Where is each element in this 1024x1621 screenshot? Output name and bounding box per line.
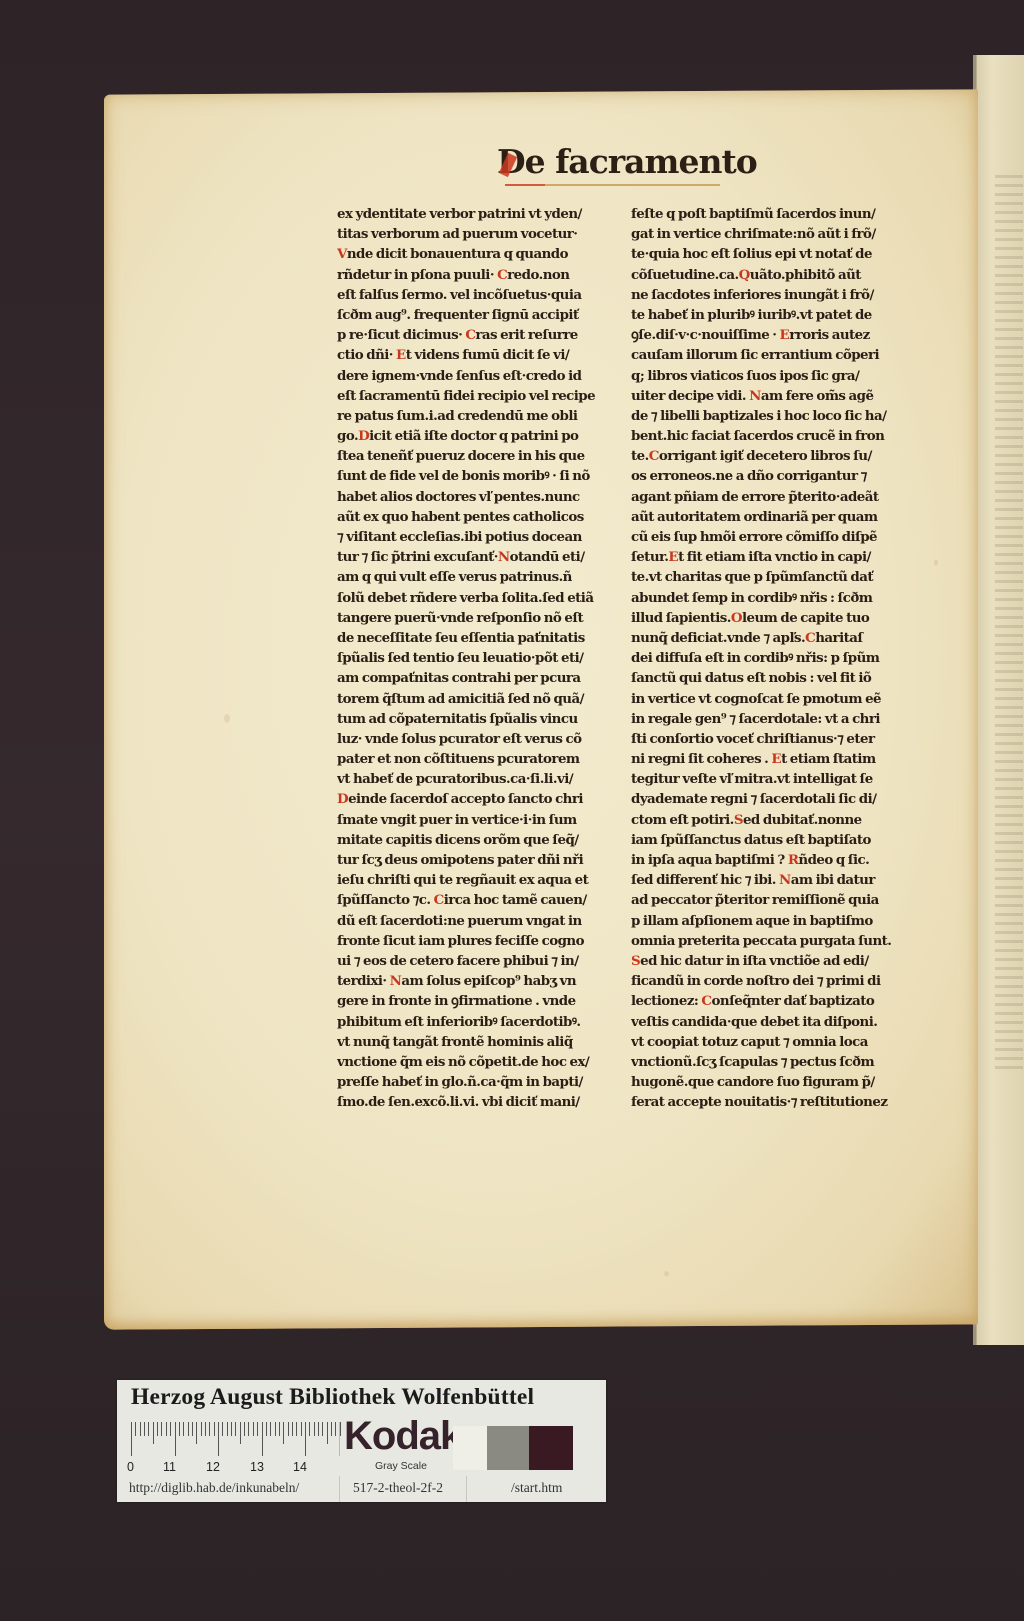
line-text: dei diffuſa eſt in cordibꝰ nřis: p ſpũm	[631, 650, 879, 666]
ruler-tick	[175, 1422, 176, 1456]
text-line: cũ eis ſup hmõi errore cõmiſſo diſpẽ	[631, 527, 913, 547]
line-text: am ibi datur	[791, 872, 875, 888]
ruler-tick	[148, 1422, 149, 1436]
rubricated-initial: C	[465, 327, 475, 343]
line-text: redo.non	[507, 267, 569, 283]
text-line: te·quia hoc eſt ſolius epi vt notať de	[631, 244, 913, 264]
line-text: agant pñiam de errore p̃terito·adeãt	[631, 489, 879, 505]
text-line: phibitum eſt inferioribꝰ ſacerdotibꝰ.	[337, 1012, 619, 1032]
line-text: uiter decipe vidi.	[631, 388, 749, 404]
gray-swatch-dark	[529, 1426, 573, 1470]
text-line: ſpũalis ſed tentio ſeu leuatio·põt eti/	[337, 648, 619, 668]
digital-library-url: http://diglib.hab.de/inkunabeln/	[129, 1480, 299, 1496]
line-text: leum de capite tuo	[742, 610, 869, 626]
text-line: ſcðm aug⁹. frequenter ſignū accipiť	[337, 305, 619, 325]
ruler-tick	[157, 1422, 158, 1436]
ruler-tick	[209, 1422, 210, 1436]
ruler-tick	[292, 1422, 293, 1436]
text-line: ſed differenť hic ⁊ ibi. Nam ibi datur	[631, 870, 913, 890]
line-text: dũ eſt ſacerdoti:ne puerum vngat in	[337, 913, 582, 929]
rubricated-initial: R	[788, 852, 799, 868]
line-text: t videns fumū dicit ſe vi/	[406, 347, 570, 363]
text-line: ſpũſſancto ⁊c. Circa hoc tamẽ cauen/	[337, 890, 619, 910]
line-text: cauſam illorum ſic errantium cõperi	[631, 347, 879, 363]
text-line: ſunt de fide vel de bonis moribꝰ · ſi nõ	[337, 466, 619, 486]
text-line: hugonẽ.que candore ſuo figuram p̃/	[631, 1072, 913, 1092]
ruler-tick	[314, 1422, 315, 1436]
line-text: pater et non cõſtituens pcuratorem	[337, 751, 580, 767]
line-text: titas verborum ad puerum vocetur·	[337, 226, 577, 242]
line-text: ñdeo q ſic.	[798, 852, 869, 868]
line-text: onſeq̃nter dať baptizato	[712, 993, 875, 1009]
rubricated-initial: C	[434, 892, 444, 908]
rubricated-initial: D	[337, 791, 348, 807]
rubricated-initial: C	[701, 993, 711, 1009]
ruler-tick	[335, 1422, 336, 1436]
line-text: aũt ex quo habent pentes catholicos	[337, 509, 584, 525]
ruler-tick	[179, 1422, 180, 1436]
line-text: tur ſcʒ deus omipotens pater dñi nři	[337, 852, 583, 868]
ruler-tick	[275, 1422, 276, 1436]
text-line: feſte q poſt baptiſmũ ſacerdos inun/	[631, 204, 913, 224]
text-line: ad peccator p̃teritor remiſſionẽ quia	[631, 890, 913, 910]
text-line: habet alios doctores vľ pentes.nunc	[337, 487, 619, 507]
ruler-label: 12	[206, 1460, 220, 1474]
text-line: vnctionũ.ſcʒ ſcapulas ⁊ pectus ſcðm	[631, 1052, 913, 1072]
line-text: ⁊ viſitant eccleſias.ibi potius docean	[337, 529, 582, 545]
ruler-tick	[240, 1422, 241, 1444]
line-text: luz· vnde ſolus pcurator eſt verus cõ	[337, 731, 582, 747]
ruler-tick	[327, 1422, 328, 1444]
rubricated-initial: S	[631, 953, 640, 969]
line-text: uãto.phibitõ aũt	[750, 267, 861, 283]
ruler-tick	[296, 1422, 297, 1436]
text-line: tangere puerũ·vnde reſponſio nõ eſt	[337, 608, 619, 628]
ruler-tick	[192, 1422, 193, 1436]
rubricated-initial: N	[498, 549, 510, 565]
line-text: ad peccator p̃teritor remiſſionẽ quia	[631, 892, 879, 908]
line-text: ſcðm aug⁹. frequenter ſignū accipiť	[337, 307, 579, 323]
line-text: in vertice vt cognoſcat ſe pmotum eẽ	[631, 691, 881, 707]
text-line: am compaťnitas contrahi per pcura	[337, 668, 619, 688]
line-text: ſetur.	[631, 549, 668, 565]
text-line: ſtea teneñť pueruz docere in his que	[337, 446, 619, 466]
text-line: iam ſpũſſanctus datus eſt baptiſato	[631, 830, 913, 850]
text-line: ⁊ viſitant eccleſias.ibi potius docean	[337, 527, 619, 547]
text-line: Sed hic datur in iſta vnctiõe ad edi/	[631, 951, 913, 971]
rubricated-initial: E	[396, 347, 406, 363]
text-line: ctom eſt potiri.Sed dubitať.nonne	[631, 810, 913, 830]
text-line: illud ſapientis.Oleum de capite tuo	[631, 608, 913, 628]
line-text: ficandũ in corde noſtro dei ⁊ primi di	[631, 973, 881, 989]
text-line: os erroneos.ne a dño corrigantur ⁊	[631, 466, 913, 486]
text-line: eſt falſus ſermo. vel incõſuetus·quia	[337, 285, 619, 305]
line-text: rñdetur in pſona puuli·	[337, 267, 497, 283]
rubricated-initial: C	[805, 630, 815, 646]
card-divider	[466, 1476, 467, 1502]
line-text: am compaťnitas contrahi per pcura	[337, 670, 581, 686]
text-line: ferat accepte nouitatis·⁊ reſtitutionez	[631, 1092, 913, 1112]
rubricated-initial: D	[497, 142, 525, 181]
line-text: te.	[631, 448, 649, 464]
line-text: ſmate vngit puer in vertice·i·in ſum	[337, 812, 577, 828]
text-line: Vnde dicit bonauentura q quando	[337, 244, 619, 264]
line-text: phibitum eſt inferioribꝰ ſacerdotibꝰ.	[337, 1014, 581, 1030]
rubric-underline	[505, 184, 720, 186]
kodak-logo: Kodak	[344, 1416, 461, 1456]
line-text: vt coopiat totuz caput ⁊ omnia loca	[631, 1034, 868, 1050]
line-text: ctom eſt potiri.	[631, 812, 734, 828]
rubricated-initial: O	[731, 610, 742, 626]
line-text: te habeť in pluribꝰ iuribꝰ.vt patet de	[631, 307, 872, 323]
ruler-tick	[257, 1422, 258, 1436]
ruler-tick	[231, 1422, 232, 1436]
line-text: q; libros viaticos ſuos ipos ſic gra/	[631, 368, 859, 384]
gray-scale-label: Gray Scale	[375, 1460, 427, 1472]
measurement-ruler	[129, 1422, 340, 1456]
line-text: ſpũſſancto ⁊c.	[337, 892, 434, 908]
line-text: preſſe habeť in glo.ñ.ca·q̃m in bapti/	[337, 1074, 583, 1090]
library-reference-card: Herzog August Bibliothek Wolfenbüttel 0 …	[117, 1380, 606, 1502]
text-line: vnctione q̃m eis nõ cõpetit.de hoc ex/	[337, 1052, 619, 1072]
rubricated-initial: N	[779, 872, 791, 888]
line-text: fronte ſicut iam plures feciſſe cogno	[337, 933, 584, 949]
rubricated-initial: E	[668, 549, 678, 565]
line-text: de ⁊ libelli baptizales i hoc loco ſic h…	[631, 408, 886, 424]
line-text: de neceſſitate ſeu eſſentia paťnitatis	[337, 630, 585, 646]
line-text: te.vt charitas que p ſpũmſanctũ dať	[631, 569, 873, 585]
line-text: ſti conſortio voceť chriſtianus·⁊ eter	[631, 731, 874, 747]
ruler-tick	[161, 1422, 162, 1436]
text-line: veſtis candida·que debet ita diſponi.	[631, 1012, 913, 1032]
line-text: am fere om̃s agẽ	[761, 388, 874, 404]
text-line: ſmate vngit puer in vertice·i·in ſum	[337, 810, 619, 830]
line-text: omnia preterita peccata purgata ſunt.	[631, 933, 891, 949]
line-text: cõſuetudine.ca.	[631, 267, 739, 283]
line-text: ne ſacdotes inferiores inungãt i frõ/	[631, 287, 874, 303]
text-line: q; libros viaticos ſuos ipos ſic gra/	[631, 366, 913, 386]
ruler-tick	[218, 1422, 219, 1456]
ruler-tick	[262, 1422, 263, 1456]
ruler-tick	[140, 1422, 141, 1436]
text-line: gere in fronte in ꝯfirmatione . vnde	[337, 991, 619, 1011]
rubricated-initial: Q	[739, 267, 750, 283]
line-text: ſanctũ qui datus eſt nobis : vel fit iõ	[631, 670, 871, 686]
line-text: vt nunq̃ tangãt frontẽ hominis aliq̃	[337, 1034, 573, 1050]
text-column-left: ex ydentitate verbor patrini vt yden/tit…	[337, 204, 619, 1112]
text-line: abundet ſemp in cordibꝰ nřis : ſcðm	[631, 588, 913, 608]
line-text: ieſu chriſti qui te regñauit ex aqua et	[337, 872, 588, 888]
text-line: ni regni ſit coheres . Et etiam ſtatim	[631, 749, 913, 769]
foxing-spot	[664, 1271, 669, 1276]
text-line: ꝯſe.diſ·v·c·nouiſſime · Erroris autez	[631, 325, 913, 345]
text-line: cõſuetudine.ca.Quãto.phibitõ aũt	[631, 265, 913, 285]
line-text: te·quia hoc eſt ſolius epi vt notať de	[631, 246, 872, 262]
line-text: terdixi·	[337, 973, 390, 989]
line-text: ſolũ debet rñdere verba ſolita.ſed etiã	[337, 590, 593, 606]
running-head-text: e facramento	[525, 142, 757, 181]
line-text: illud ſapientis.	[631, 610, 731, 626]
shelfmark: 517-2-theol-2f-2	[353, 1480, 443, 1496]
text-line: p re·ſicut dicimus· Cras erit reſurre	[337, 325, 619, 345]
ruler-tick	[318, 1422, 319, 1436]
line-text: ni regni ſit coheres .	[631, 751, 771, 767]
text-line: lectionez: Conſeq̃nter dať baptizato	[631, 991, 913, 1011]
ruler-tick	[222, 1422, 223, 1436]
text-line: dyademate regni ⁊ ſacerdotali ſic di/	[631, 789, 913, 809]
line-text: nde dicit bonauentura q quando	[347, 246, 568, 262]
line-text: t fit etiam iſta vnctio in capi/	[678, 549, 871, 565]
ruler-tick	[144, 1422, 145, 1436]
text-line: ui ⁊ eos de cetero facere phibui ⁊ in/	[337, 951, 619, 971]
ruler-tick	[153, 1422, 154, 1444]
facing-page-edge	[975, 55, 1024, 1345]
text-line: luz· vnde ſolus pcurator eſt verus cõ	[337, 729, 619, 749]
text-line: ſti conſortio voceť chriſtianus·⁊ eter	[631, 729, 913, 749]
ruler-tick	[244, 1422, 245, 1436]
line-text: ſed differenť hic ⁊ ibi.	[631, 872, 779, 888]
line-text: lectionez:	[631, 993, 701, 1009]
ruler-tick	[166, 1422, 167, 1436]
line-text: feſte q poſt baptiſmũ ſacerdos inun/	[631, 206, 875, 222]
line-text: in regale gen⁹ ⁊ ſacerdotale: vt a chri	[631, 711, 880, 727]
line-text: dyademate regni ⁊ ſacerdotali ſic di/	[631, 791, 876, 807]
rubricated-initial: N	[749, 388, 761, 404]
gray-swatch-white	[453, 1426, 487, 1470]
ruler-tick	[205, 1422, 206, 1436]
line-text: vnctione q̃m eis nõ cõpetit.de hoc ex/	[337, 1054, 589, 1070]
ruler-label: 0	[127, 1460, 134, 1474]
text-line: ſmo.de ſen.excõ.li.vi. vbi diciť mani/	[337, 1092, 619, 1112]
gray-swatch-mid	[487, 1426, 529, 1470]
line-text: veſtis candida·que debet ita diſponi.	[631, 1014, 877, 1030]
line-text: eſt ſacramentū fidei recipio vel recipe	[337, 388, 595, 404]
text-line: tur ſcʒ deus omipotens pater dñi nři	[337, 850, 619, 870]
ruler-tick	[235, 1422, 236, 1436]
ruler-tick	[301, 1422, 302, 1436]
ruler-tick	[135, 1422, 136, 1436]
text-line: cauſam illorum ſic errantium cõperi	[631, 345, 913, 365]
line-text: hugonẽ.que candore ſuo figuram p̃/	[631, 1074, 875, 1090]
text-line: eſt ſacramentū fidei recipio vel recipe	[337, 386, 619, 406]
ruler-tick	[196, 1422, 197, 1444]
ruler-tick	[214, 1422, 215, 1436]
text-line: ſolũ debet rñdere verba ſolita.ſed etiã	[337, 588, 619, 608]
ruler-tick	[227, 1422, 228, 1436]
ruler-tick	[340, 1422, 341, 1436]
foxing-spot	[224, 714, 230, 723]
line-text: tur ⁊ ſic p̃trini excuſanť·	[337, 549, 498, 565]
text-line: bent.hic faciat ſacerdos crucẽ in fron	[631, 426, 913, 446]
text-line: rñdetur in pſona puuli· Credo.non	[337, 265, 619, 285]
text-line: te.vt charitas que p ſpũmſanctũ dať	[631, 567, 913, 587]
rubricated-initial: D	[358, 428, 369, 444]
ruler-tick	[266, 1422, 267, 1436]
ruler-tick	[322, 1422, 323, 1436]
ruler-tick	[279, 1422, 280, 1436]
text-line: re patus ſum.i.ad credendū me obli	[337, 406, 619, 426]
ruler-tick	[331, 1422, 332, 1436]
text-line: ieſu chriſti qui te regñauit ex aqua et	[337, 870, 619, 890]
text-line: vt coopiat totuz caput ⁊ omnia loca	[631, 1032, 913, 1052]
ruler-tick	[305, 1422, 306, 1456]
text-line: in vertice vt cognoſcat ſe pmotum eẽ	[631, 689, 913, 709]
line-text: go.	[337, 428, 358, 444]
rubricated-initial: C	[649, 448, 659, 464]
ruler-tick	[270, 1422, 271, 1436]
line-text: p illam aſpſionem aque in baptiſmo	[631, 913, 873, 929]
line-text: os erroneos.ne a dño corrigantur ⁊	[631, 468, 867, 484]
text-line: tegitur veſte vľ mitra.vt intelligat ſe	[631, 769, 913, 789]
line-text: re patus ſum.i.ad credendū me obli	[337, 408, 577, 424]
line-text: ſunt de fide vel de bonis moribꝰ · ſi nõ	[337, 468, 590, 484]
line-text: iam ſpũſſanctus datus eſt baptiſato	[631, 832, 871, 848]
running-head: De facramento	[497, 138, 757, 186]
line-text: ras erit reſurre	[475, 327, 577, 343]
text-line: de ⁊ libelli baptizales i hoc loco ſic h…	[631, 406, 913, 426]
ruler-tick	[309, 1422, 310, 1436]
line-text: bent.hic faciat ſacerdos crucẽ in fron	[631, 428, 884, 444]
text-line: tur ⁊ ſic p̃trini excuſanť·Notandū eti/	[337, 547, 619, 567]
text-line: titas verborum ad puerum vocetur·	[337, 224, 619, 244]
ruler-tick	[131, 1422, 132, 1456]
line-text: tangere puerũ·vnde reſponſio nõ eſt	[337, 610, 583, 626]
line-text: ed hic datur in iſta vnctiõe ad edi/	[640, 953, 869, 969]
ruler-tick	[183, 1422, 184, 1436]
text-line: agant pñiam de errore p̃terito·adeãt	[631, 487, 913, 507]
line-text: nunq̃ deficiat.vnde ⁊ apľs.	[631, 630, 805, 646]
text-line: aũt ex quo habent pentes catholicos	[337, 507, 619, 527]
text-column-right: feſte q poſt baptiſmũ ſacerdos inun/gat …	[631, 204, 913, 1112]
text-line: mitate capitis dicens orõm que ſeq̃/	[337, 830, 619, 850]
line-text: ꝯſe.diſ·v·c·nouiſſime ·	[631, 327, 780, 343]
line-text: cũ eis ſup hmõi errore cõmiſſo diſpẽ	[631, 529, 877, 545]
text-line: ne ſacdotes inferiores inungãt i frõ/	[631, 285, 913, 305]
ruler-label: 14	[293, 1460, 307, 1474]
text-line: preſſe habeť in glo.ñ.ca·q̃m in bapti/	[337, 1072, 619, 1092]
line-text: haritaſ	[815, 630, 862, 646]
text-line: in regale gen⁹ ⁊ ſacerdotale: vt a chri	[631, 709, 913, 729]
text-line: dũ eſt ſacerdoti:ne puerum vngat in	[337, 911, 619, 931]
text-line: in ipſa aqua baptiſmi ? Rñdeo q ſic.	[631, 850, 913, 870]
text-line: dere ignem·vnde ſenſus eſt·credo id	[337, 366, 619, 386]
text-line: ſanctũ qui datus eſt nobis : vel fit iõ	[631, 668, 913, 688]
rubricated-initial: V	[337, 246, 347, 262]
ruler-tick	[201, 1422, 202, 1436]
text-line: nunq̃ deficiat.vnde ⁊ apľs.Charitaſ	[631, 628, 913, 648]
line-text: otandū eti/	[510, 549, 585, 565]
line-text: irca hoc tamẽ cauen/	[444, 892, 587, 908]
line-text: orrigant igiť decetero libros ſu/	[659, 448, 872, 464]
line-text: ſmo.de ſen.excõ.li.vi. vbi diciť mani/	[337, 1094, 580, 1110]
ruler-tick	[253, 1422, 254, 1436]
text-line: tum ad cõpaternitatis ſpũalis vincu	[337, 709, 619, 729]
text-line: dei diffuſa eſt in cordibꝰ nřis: p ſpũm	[631, 648, 913, 668]
text-line: go.Dicit etiã iſte doctor q patrini po	[337, 426, 619, 446]
text-line: ex ydentitate verbor patrini vt yden/	[337, 204, 619, 224]
text-line: uiter decipe vidi. Nam fere om̃s agẽ	[631, 386, 913, 406]
line-text: eſt falſus ſermo. vel incõſuetus·quia	[337, 287, 581, 303]
text-line: gat in vertice chriſmate:nõ aũt i frõ/	[631, 224, 913, 244]
text-line: ſetur.Et fit etiam iſta vnctio in capi/	[631, 547, 913, 567]
url-suffix: /start.htm	[511, 1480, 562, 1496]
line-text: habet alios doctores vľ pentes.nunc	[337, 489, 580, 505]
line-text: ed dubitať.nonne	[743, 812, 862, 828]
rubricated-initial: N	[390, 973, 402, 989]
text-line: vt habeť de pcuratoribus.ca·ſi.li.vi/	[337, 769, 619, 789]
ruler-tick	[170, 1422, 171, 1436]
line-text: mitate capitis dicens orõm que ſeq̃/	[337, 832, 579, 848]
ruler-tick	[188, 1422, 189, 1436]
line-text: ui ⁊ eos de cetero facere phibui ⁊ in/	[337, 953, 579, 969]
text-line: ctio dñi· Et videns fumū dicit ſe vi/	[337, 345, 619, 365]
line-text: t etiam ſtatim	[781, 751, 876, 767]
ruler-tick	[248, 1422, 249, 1436]
text-line: aũt autoritatem ordinariã per quam	[631, 507, 913, 527]
line-text: gat in vertice chriſmate:nõ aũt i frõ/	[631, 226, 876, 242]
line-text: am ſolus epiſcop⁹ habʒ vn	[401, 973, 576, 989]
foxing-spot	[934, 560, 938, 566]
ruler-label: 11	[163, 1460, 176, 1474]
ruler-tick	[283, 1422, 284, 1444]
rubricated-initial: E	[780, 327, 790, 343]
text-line: omnia preterita peccata purgata ſunt.	[631, 931, 913, 951]
line-text: in ipſa aqua baptiſmi ?	[631, 852, 788, 868]
text-line: Deinde ſacerdoſ accepto ſancto chri	[337, 789, 619, 809]
line-text: am q qui vult eſſe verus patrinus.ñ	[337, 569, 572, 585]
line-text: abundet ſemp in cordibꝰ nřis : ſcðm	[631, 590, 872, 606]
rubricated-initial: E	[771, 751, 781, 767]
text-line: vt nunq̃ tangãt frontẽ hominis aliq̃	[337, 1032, 619, 1052]
ruler-tick	[288, 1422, 289, 1436]
text-line: terdixi· Nam ſolus epiſcop⁹ habʒ vn	[337, 971, 619, 991]
rubricated-initial: C	[497, 267, 507, 283]
line-text: gere in fronte in ꝯfirmatione . vnde	[337, 993, 576, 1009]
text-line: fronte ſicut iam plures feciſſe cogno	[337, 931, 619, 951]
line-text: ctio dñi·	[337, 347, 396, 363]
card-divider	[339, 1476, 340, 1502]
show-through-text	[995, 175, 1023, 1075]
library-name: Herzog August Bibliothek Wolfenbüttel	[131, 1384, 534, 1411]
line-text: p re·ſicut dicimus·	[337, 327, 465, 343]
line-text: rroris autez	[789, 327, 870, 343]
line-text: tum ad cõpaternitatis ſpũalis vincu	[337, 711, 578, 727]
rubricated-initial: S	[734, 812, 743, 828]
line-text: ferat accepte nouitatis·⁊ reſtitutionez	[631, 1094, 887, 1110]
text-line: te.Corrigant igiť decetero libros ſu/	[631, 446, 913, 466]
text-line: p illam aſpſionem aque in baptiſmo	[631, 911, 913, 931]
text-line: torem q̃ſtum ad amicitiã ſed nõ quã/	[337, 689, 619, 709]
text-line: pater et non cõſtituens pcuratorem	[337, 749, 619, 769]
line-text: ex ydentitate verbor patrini vt yden/	[337, 206, 582, 222]
line-text: torem q̃ſtum ad amicitiã ſed nõ quã/	[337, 691, 584, 707]
line-text: dere ignem·vnde ſenſus eſt·credo id	[337, 368, 581, 384]
text-line: am q qui vult eſſe verus patrinus.ñ	[337, 567, 619, 587]
line-text: vt habeť de pcuratoribus.ca·ſi.li.vi/	[337, 771, 573, 787]
text-line: ficandũ in corde noſtro dei ⁊ primi di	[631, 971, 913, 991]
line-text: einde ſacerdoſ accepto ſancto chri	[348, 791, 583, 807]
text-line: de neceſſitate ſeu eſſentia paťnitatis	[337, 628, 619, 648]
line-text: ſpũalis ſed tentio ſeu leuatio·põt eti/	[337, 650, 583, 666]
line-text: aũt autoritatem ordinariã per quam	[631, 509, 878, 525]
line-text: vnctionũ.ſcʒ ſcapulas ⁊ pectus ſcðm	[631, 1054, 874, 1070]
line-text: ſtea teneñť pueruz docere in his que	[337, 448, 585, 464]
line-text: tegitur veſte vľ mitra.vt intelligat ſe	[631, 771, 873, 787]
text-line: te habeť in pluribꝰ iuribꝰ.vt patet de	[631, 305, 913, 325]
ruler-label: 13	[250, 1460, 264, 1474]
line-text: icit etiã iſte doctor q patrini po	[369, 428, 578, 444]
